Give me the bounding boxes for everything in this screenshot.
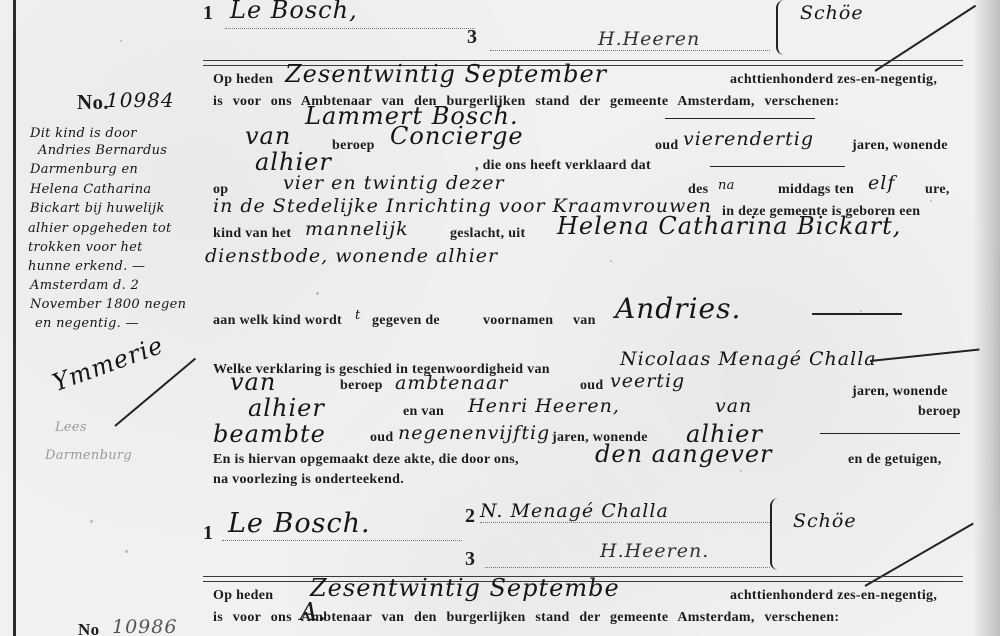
child-sex: mannelijk	[305, 218, 409, 240]
signature-number-2: 2	[465, 505, 475, 528]
registrar-signature: Schöe	[793, 510, 857, 532]
record-number: 10986	[112, 616, 177, 636]
signatory-handwritten: den aangever	[595, 440, 773, 468]
witness-signature-3: H.Heeren	[598, 28, 700, 50]
birth-date-handwritten: vier en twintig dezer	[283, 172, 505, 194]
witness-2-signature: H.Heeren.	[600, 540, 709, 562]
witness-2-occupation: beambte	[213, 420, 326, 448]
signature-number-3: 3	[465, 548, 475, 571]
declarant-age: vierendertig	[683, 128, 814, 150]
witness-1-signature: N. Menagé Challa	[480, 500, 669, 522]
signature-number-3: 3	[467, 26, 477, 49]
birth-hour: elf	[868, 172, 895, 194]
page-edge-shadow	[972, 0, 1000, 636]
witness-1-name: Nicolaas Menagé Challa	[620, 348, 877, 370]
declarant-signature: Le Bosch.	[228, 508, 371, 539]
record-number: 10984	[106, 88, 175, 112]
record-number-label: No	[78, 620, 99, 636]
declarant-occupation: Concierge	[390, 122, 524, 150]
margin-signature: Ymmerie	[49, 331, 168, 397]
signature-number-1: 1	[203, 2, 213, 25]
witness-1-age: veertig	[610, 370, 685, 392]
signature-number-1: 1	[203, 522, 213, 545]
registrar-signature: Schöe	[800, 2, 864, 24]
document-page: 1 Le Bosch, 3 H.Heeren Schöe No. 10984 D…	[0, 0, 1000, 636]
record-number-label: No.	[77, 90, 109, 115]
witness-2-age: negenenvijftig	[398, 422, 550, 444]
witness-signature-1: Le Bosch,	[230, 0, 358, 24]
margin-faint-note-1: Lees	[55, 420, 87, 435]
witness-1-occupation: ambtenaar	[395, 372, 508, 394]
witness-2-name: Henri Heeren,	[468, 395, 620, 417]
date-handwritten: Zesentwintig September	[285, 60, 607, 88]
margin-faint-note-2: Darmenburg	[45, 448, 132, 463]
mother-occupation-residence: dienstbode, wonende alhier	[205, 245, 498, 267]
child-given-name: Andries.	[615, 292, 741, 325]
date-handwritten: Zesentwintig Septembe	[310, 574, 620, 602]
mother-name: Helena Catharina Bickart,	[557, 212, 901, 240]
margin-rule	[13, 0, 16, 636]
